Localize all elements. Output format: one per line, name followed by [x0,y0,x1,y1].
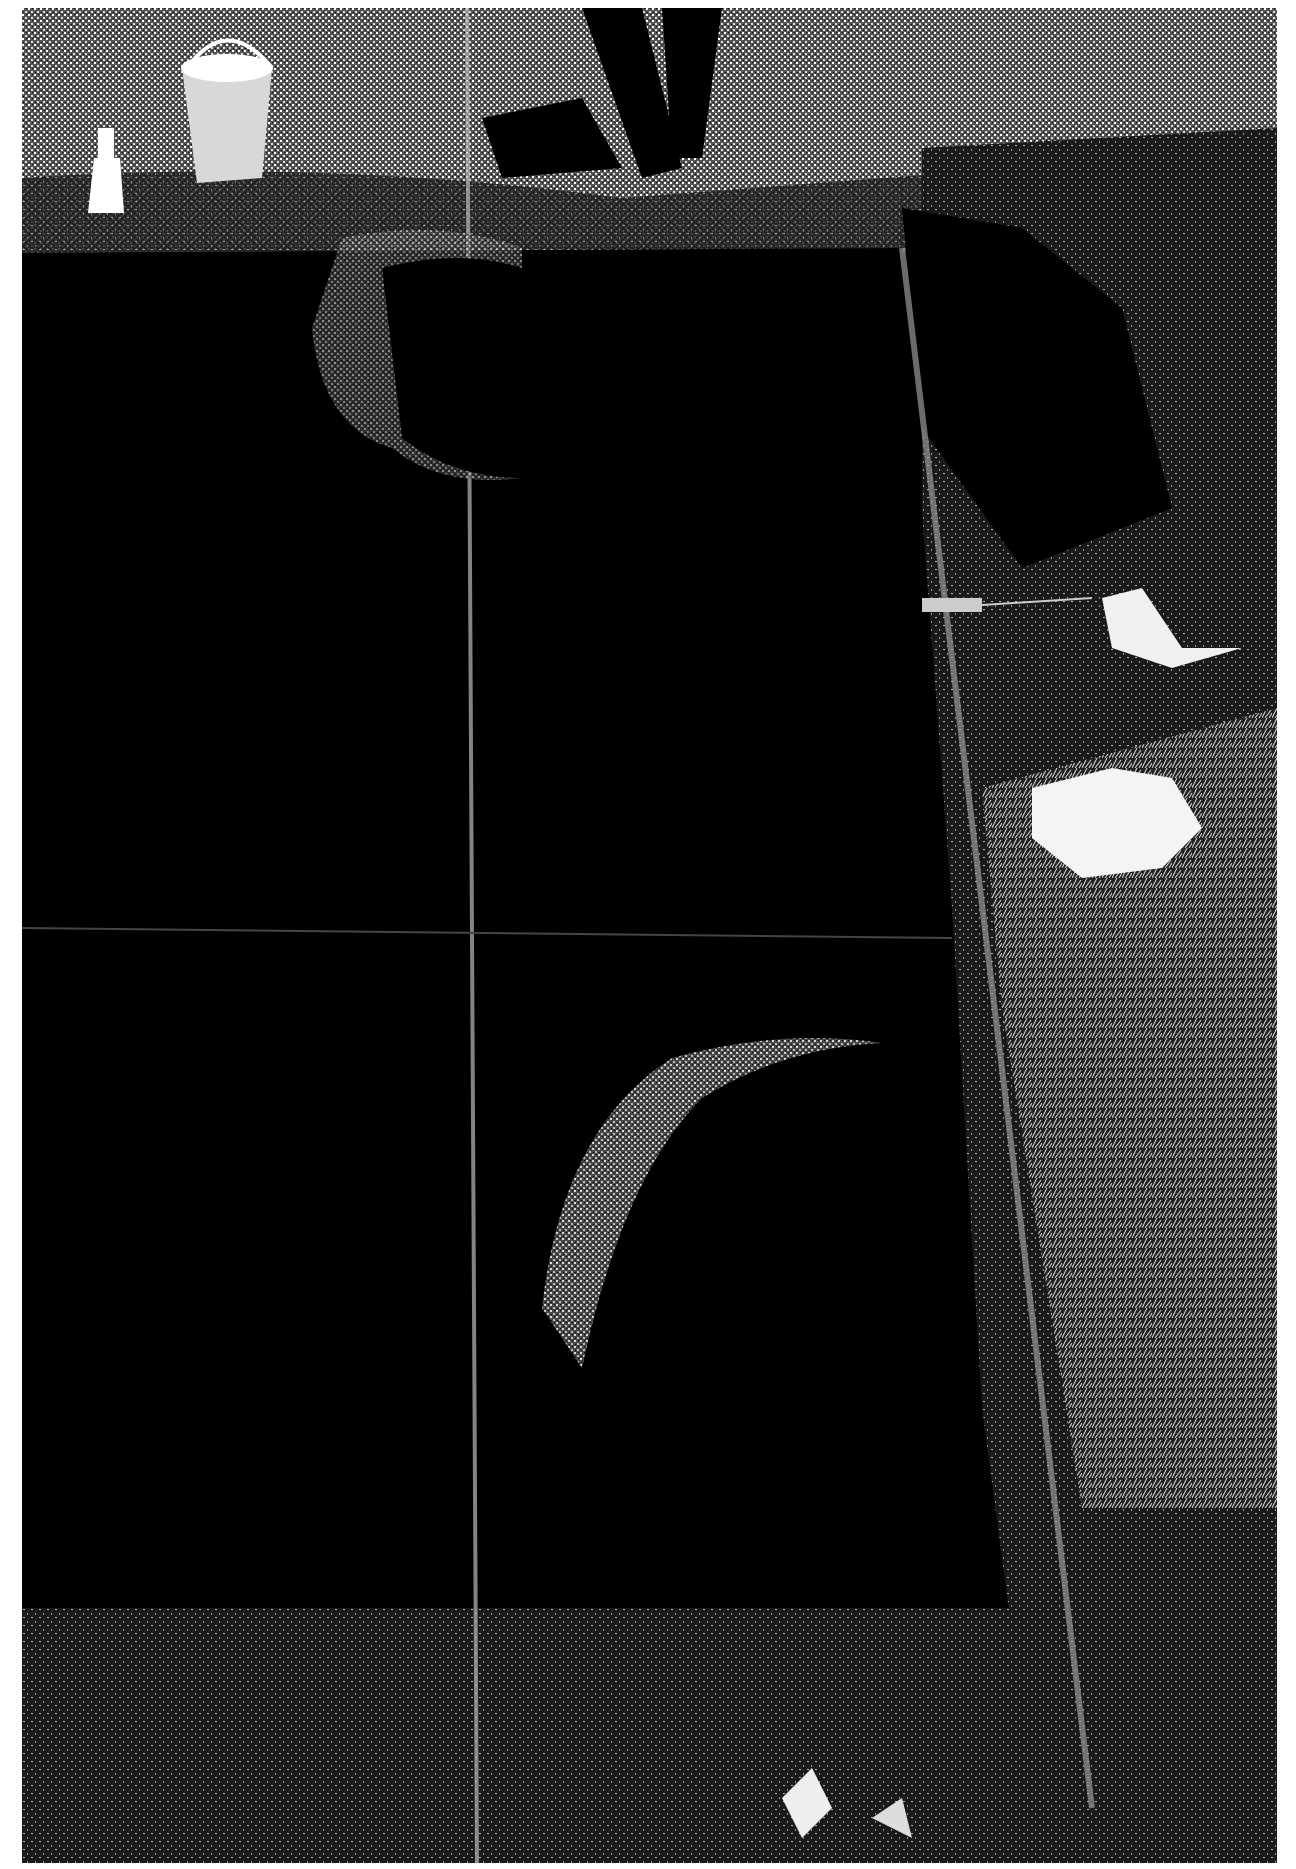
bucket [181,41,273,184]
photo-illustration [22,8,1277,1863]
worker-crouching [542,1016,922,1539]
excavation-photo: Two people working inside a dark excavat… [22,8,1277,1863]
